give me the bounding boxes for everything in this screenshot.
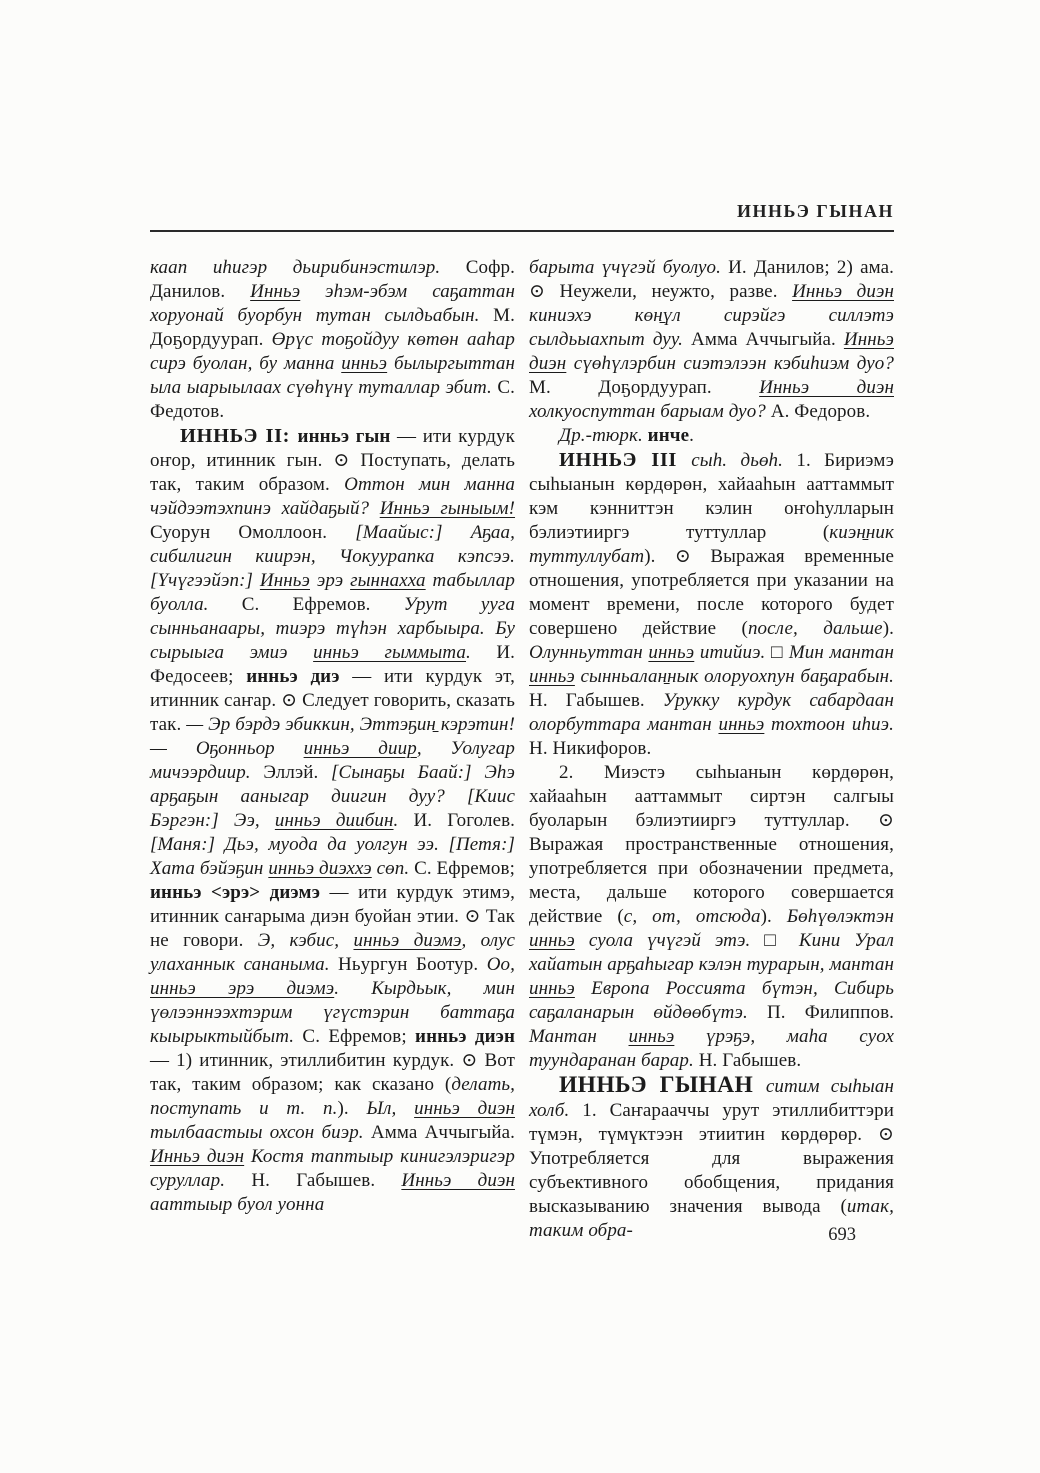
text-segment: Мин мантан (789, 642, 894, 663)
header-rule (150, 230, 894, 232)
left-column: каап иһигэр дьирибинэстилэр. Софр. Данил… (150, 256, 515, 1243)
paragraph: Др.-тюрк. инче. (529, 424, 894, 448)
text-segment: после, дальше (748, 618, 883, 639)
text-segment: ). (337, 1098, 366, 1119)
text-segment: Оо, (487, 954, 515, 975)
text-segment: Ыл, (366, 1098, 414, 1119)
text-segment: Н. Никифоров. (529, 738, 651, 759)
text-segment: инньэ (718, 714, 764, 735)
text-segment: ). (761, 906, 787, 927)
text-segment: Ньургун Боотур. (338, 954, 487, 975)
text-segment: ИННЬЭ II: (180, 425, 298, 447)
text-segment: инньэ диэмэ (353, 930, 461, 951)
text-segment: инче (648, 425, 689, 446)
text-segment: инньэ (629, 1026, 675, 1047)
text-segment: С. Ефремов; (302, 1026, 415, 1047)
text-segment: инньэ диибин (275, 810, 394, 831)
text-segment: каап иһигэр дьирибинэстилэр. (150, 257, 466, 278)
text-segment: инньэ диир (304, 738, 417, 759)
text-segment: Др.-тюрк. (559, 425, 648, 446)
text-segment: инньэ (529, 930, 575, 951)
text-segment: И. Гоголев. (413, 810, 515, 831)
text-segment: ИННЬЭ III (559, 449, 691, 471)
text-segment: Инньэ диэн (150, 1146, 244, 1167)
text-segment: А. Федоров. (771, 401, 870, 422)
text-segment: тохтоон иһиэ. (764, 714, 894, 735)
text-segment: . (394, 810, 414, 831)
text-segment: инньэ диэххэ (268, 858, 371, 879)
text-segment: Инньэ (260, 570, 310, 591)
text-segment: эрэ (310, 570, 350, 591)
paragraph: 2. Миэстэ сыһыанын көрдөрөн, хайааһын аа… (529, 761, 894, 1073)
text-segment: 2. Миэстэ сыһыанын көрдөрөн, хайааһын аа… (529, 762, 894, 927)
text-segment: П. Филиппов. (767, 1002, 894, 1023)
text-segment: С. Ефремов; (414, 858, 515, 879)
text-segment: ааттыыр буол уонна (150, 1194, 324, 1215)
text-segment: инньэ диэ (246, 666, 339, 687)
right-column: барыта үчүгэй буолуо. И. Данилов; 2) ама… (529, 256, 894, 1243)
text-segment: Бөһүөлэктэн (787, 906, 894, 927)
text-segment: Э, кэбис, (258, 930, 354, 951)
text-segment: Олунньуттан (529, 642, 648, 663)
text-segment: Инньэ диэн (792, 281, 894, 302)
text-segment: . (466, 642, 496, 663)
paragraph: ИННЬЭ III сыһ. дьөһ. 1. Бириэмэ сыһыанын… (529, 448, 894, 761)
text-segment: Н. Габышев. (529, 690, 663, 711)
text-segment: Амма Аччыгыйа. (371, 1122, 515, 1143)
paragraph: каап иһигэр дьирибинэстилэр. Софр. Данил… (150, 256, 515, 424)
text-segment: тылбаастыы охсон биэр. (150, 1122, 371, 1143)
text-segment: . (689, 425, 694, 446)
text-segment: инньэ диэн (415, 1026, 515, 1047)
text-segment: М. Доҕордуурап. (529, 377, 759, 398)
text-segment: инньэ (341, 353, 387, 374)
text-segment: ИННЬЭ ГЫНАН (559, 1072, 766, 1098)
text-segment: ). (883, 618, 894, 639)
text-segment: Инньэ диэн (401, 1170, 515, 1191)
paragraph: барыта үчүгэй буолуо. И. Данилов; 2) ама… (529, 256, 894, 424)
text-segment: Инньэ диэн (759, 377, 894, 398)
running-header: ИННЬЭ ГЫНАН (150, 201, 894, 222)
text-segment: сөп. (372, 858, 414, 879)
text-segment: сынньалан̱нык олоруохпун баҕарабын. (575, 666, 894, 687)
text-segment: □ (764, 930, 799, 951)
text-segment: холкуоспуттан барыам дуо? (529, 401, 771, 422)
text-segment: инньэ (529, 666, 575, 687)
text-segment: с, от, отсюда (624, 906, 761, 927)
text-segment: инньэ диэн (414, 1098, 515, 1119)
text-segment: гыннахха (350, 570, 426, 591)
text-segment: Суорун Омоллоон. (150, 522, 355, 543)
text-segment: сыһ. дьөһ. (691, 450, 796, 471)
text-segment: инньэ эрэ диэмэ (150, 978, 334, 999)
text-segment: 1. Саҥарааччы урут этиллибиттэри түмэн, … (529, 1100, 894, 1217)
text-segment: инньэ гын (298, 426, 391, 447)
text-segment: инньэ <эрэ> диэмэ (150, 882, 320, 903)
text-segment: Н. Габышев. (251, 1170, 401, 1191)
text-segment: Инньэ гыныым! (380, 498, 515, 519)
text-segment: Н. Габышев. (699, 1050, 801, 1071)
paragraph: ИННЬЭ ГЫНАН ситим сыһыан холб. 1. Саҥара… (529, 1073, 894, 1243)
text-columns: каап иһигэр дьирибинэстилэр. Софр. Данил… (150, 256, 894, 1243)
text-segment: итийиэ. (694, 642, 771, 663)
text-segment: Амма Аччыгыйа. (691, 329, 844, 350)
page-number: 693 (150, 1225, 856, 1246)
text-segment: барыта үчүгэй буолуо. (529, 257, 728, 278)
text-segment: суола үчүгэй этэ. (575, 930, 764, 951)
text-segment: С. Ефремов. (242, 594, 404, 615)
text-segment: инньэ гыммыта (313, 642, 466, 663)
paragraph: ИННЬЭ II: инньэ гын — ити курдук оҥор, и… (150, 424, 515, 1217)
text-segment: □ (771, 642, 789, 663)
text-segment: Инньэ (250, 281, 300, 302)
dictionary-page: ИННЬЭ ГЫНАН каап иһигэр дьирибинэстилэр.… (0, 0, 1040, 1473)
text-segment: Эллэй. (263, 762, 331, 783)
text-segment: инньэ (529, 978, 575, 999)
text-segment: Мантан (529, 1026, 629, 1047)
text-segment: сүөһүлэрбин сиэтэлээн кэбиһиэм дуо? (566, 353, 894, 374)
text-segment: И. Данилов; (728, 257, 837, 278)
text-segment: инньэ (648, 642, 694, 663)
